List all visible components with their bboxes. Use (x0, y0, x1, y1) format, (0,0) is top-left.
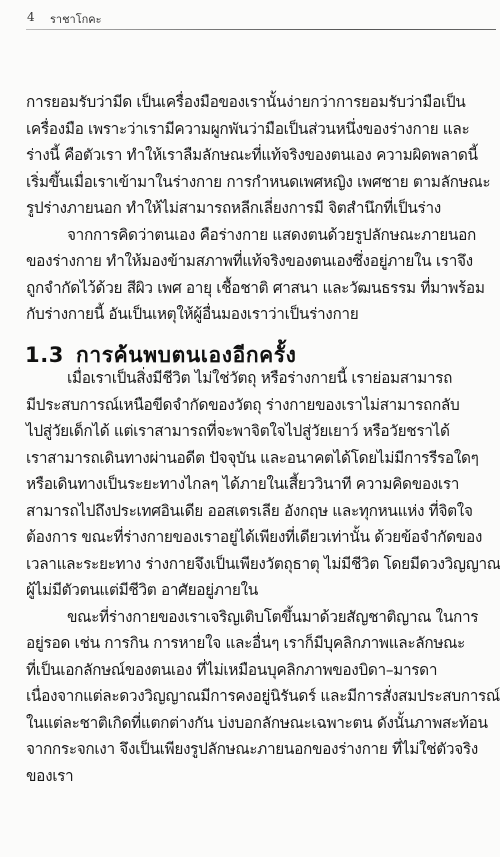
paragraph-first-line: จากการคิดว่าตนเอง คือร่างกาย แสดงตนด้วยร… (26, 222, 496, 249)
text-line: เวลาและระยะทาง ร่างกายจึงเป็นเพียงวัตถุธ… (26, 551, 496, 578)
text-line: ที่เป็นเอกลักษณ์ของตนเอง ที่ไม่เหมือนบุค… (26, 657, 496, 684)
text-line: กับร่างกายนี้ อันเป็นเหตุให้ผู้อื่นมองเร… (26, 301, 496, 328)
text-line: ของร่างกาย ทำให้มองข้ามสภาพที่แท้จริงของ… (26, 248, 496, 275)
paragraph-first-line: ขณะที่ร่างกายของเราเจริญเติบโตขึ้นมาด้วย… (26, 604, 496, 631)
body-text-top: การยอมรับว่ามีด เป็นเครื่องมือของเรานั้น… (26, 89, 496, 328)
body-text-section: เมื่อเราเป็นสิ่งมีชีวิต ไม่ใช่วัตถุ หรือ… (26, 365, 496, 789)
text-line: การยอมรับว่ามีด เป็นเครื่องมือของเรานั้น… (26, 89, 496, 116)
text-line: เครื่องมือ เพราะว่าเรามีความผูกพันว่ามือ… (26, 116, 496, 143)
text-line: รูปร่างภายนอก ทำให้ไม่สามารถหลีกเลี่ยงกา… (26, 195, 496, 222)
text-line: อยู่รอด เช่น การกิน การหายใจ และอื่นๆ เร… (26, 630, 496, 657)
section-number: 1.3 (25, 343, 64, 367)
running-head: 4 ราชาโกคะ (26, 4, 496, 30)
header-rule (26, 29, 496, 30)
running-title: ราชาโกคะ (50, 10, 102, 28)
paragraph-first-line: เมื่อเราเป็นสิ่งมีชีวิต ไม่ใช่วัตถุ หรือ… (26, 365, 496, 392)
text-line: ร่างนี้ คือตัวเรา ทำให้เราลืมลักษณะที่แท… (26, 142, 496, 169)
section-title: การค้นพบตนเองอีกครั้ง (76, 343, 297, 367)
text-line: ในแต่ละชาติเกิดที่แตกต่างกัน บ่งบอกลักษณ… (26, 710, 496, 737)
text-line: หรือเดินทางเป็นระยะทางไกลๆ ได้ภายในเสี้ย… (26, 471, 496, 498)
text-line: ไปสู่วัยเด็กได้ แต่เราสามารถที่จะพาจิตใจ… (26, 418, 496, 445)
page-number: 4 (27, 10, 35, 24)
text-line: เริ่มขึ้นเมื่อเราเข้ามาในร่างกาย การกำหน… (26, 169, 496, 196)
text-line: ถูกจำกัดไว้ด้วย สีผิว เพศ อายุ เชื้อชาติ… (26, 275, 496, 302)
text-line: สามารถไปถึงประเทศอินเดีย ออสเตรเลีย อังก… (26, 498, 496, 525)
text-line: จากกระจกเงา จึงเป็นเพียงรูปลักษณะภายนอกข… (26, 736, 496, 763)
text-line: มีประสบการณ์เหนือขีดจำกัดของวัตถุ ร่างกา… (26, 392, 496, 419)
text-line: เนื่องจากแต่ละดวงวิญญาณมีการคงอยู่นิรันด… (26, 683, 496, 710)
text-line: ต้องการ ขณะที่ร่างกายของเราอยู่ได้เพียงท… (26, 524, 496, 551)
text-line: ผู้ไม่มีตัวตนแต่มีชีวิต อาศัยอยู่ภายใน (26, 577, 496, 604)
text-line: เราสามารถเดินทางผ่านอดีต ปัจจุบัน และอนา… (26, 445, 496, 472)
text-line: ของเรา (26, 763, 496, 790)
